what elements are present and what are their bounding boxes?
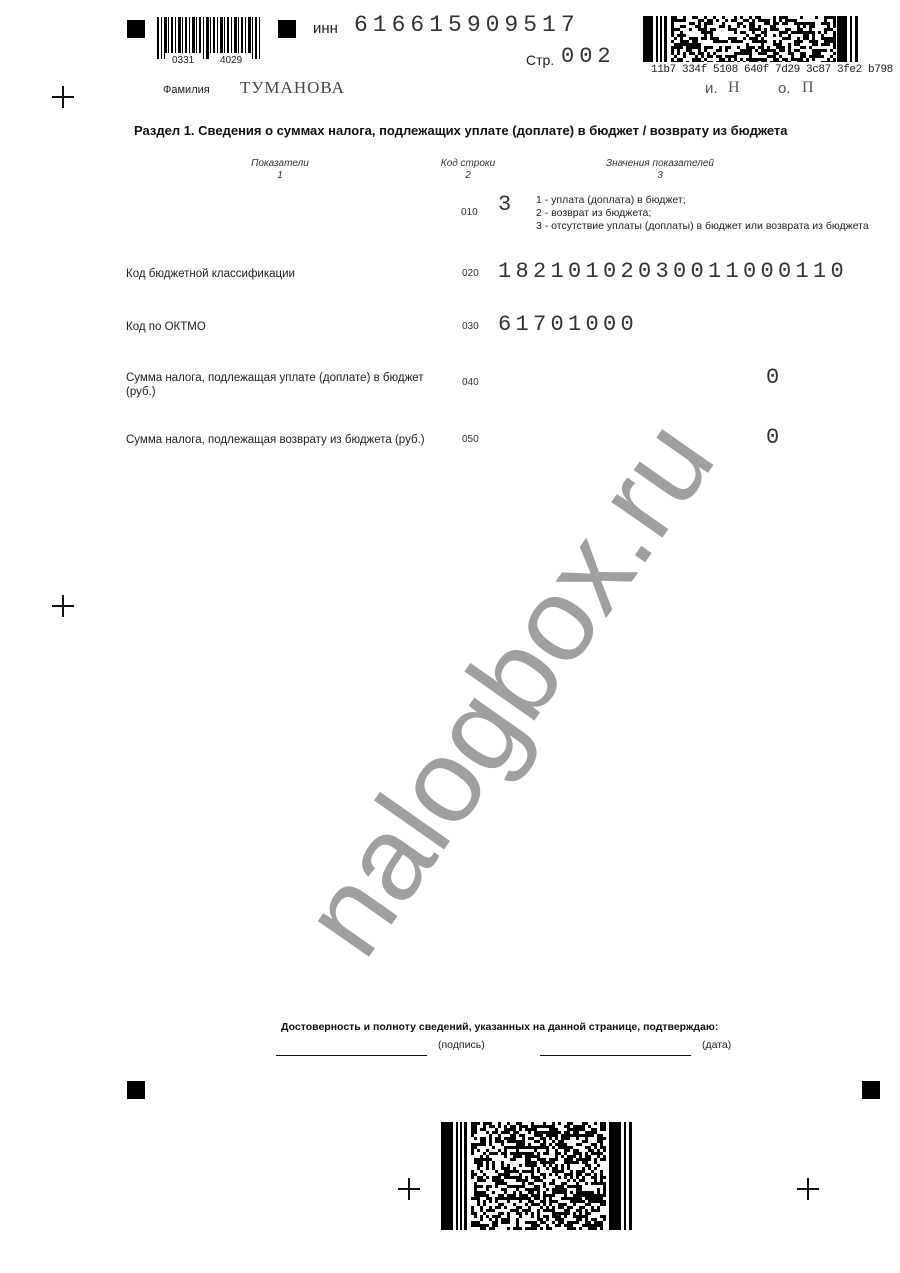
- line-code-030: 030: [462, 321, 479, 332]
- payment-type-option-2: 2 - возврат из бюджета;: [536, 207, 869, 220]
- kbk-value: 18210102030011000110: [498, 259, 848, 284]
- tax-payable-value: 0: [766, 365, 785, 390]
- tax-payable-label: Сумма налога, подлежащая уплате (доплате…: [126, 371, 446, 399]
- inn-value: 616615909517: [354, 12, 580, 38]
- watermark: nalogbox.ru: [276, 396, 741, 979]
- payment-type-options: 1 - уплата (доплата) в бюджет; 2 - возвр…: [536, 194, 869, 233]
- payment-type-value: 3: [498, 192, 517, 217]
- crosshair-mark-icon: [398, 1178, 420, 1200]
- date-line[interactable]: [540, 1055, 691, 1056]
- crosshair-mark-icon: [797, 1178, 819, 1200]
- tax-refund-value: 0: [766, 425, 785, 450]
- column-header-values: Значения показателей 3: [580, 158, 740, 182]
- registration-mark-square: [278, 20, 296, 38]
- column-header-line-code: Код строки 2: [418, 158, 518, 182]
- tax-refund-label: Сумма налога, подлежащая возврату из бюд…: [126, 433, 425, 447]
- section-title: Раздел 1. Сведения о суммах налога, подл…: [134, 123, 788, 138]
- confirmation-text: Достоверность и полноту сведений, указан…: [281, 1021, 718, 1033]
- line-code-050: 050: [462, 434, 479, 445]
- crosshair-mark-icon: [52, 595, 74, 617]
- registration-mark-square: [127, 1081, 145, 1099]
- page-value: 002: [561, 44, 616, 69]
- column-header-indicators: Показатели 1: [200, 158, 360, 182]
- payment-type-option-3: 3 - отсутствие уплаты (доплаты) в бюджет…: [536, 220, 869, 233]
- pdf417-barcode-top: [643, 16, 863, 62]
- form-barcode: [157, 17, 260, 59]
- registration-mark-square: [127, 20, 145, 38]
- initials-patronymic-value: П: [802, 79, 814, 97]
- surname-value: ТУМАНОВА: [240, 78, 345, 98]
- initials-name-value: Н: [728, 79, 740, 97]
- barcode-number-2: 4029: [220, 55, 242, 66]
- signature-line[interactable]: [276, 1055, 427, 1056]
- line-code-010: 010: [461, 207, 478, 218]
- kbk-label: Код бюджетной классификации: [126, 267, 295, 281]
- surname-label: Фамилия: [163, 84, 210, 96]
- initials-patronymic-label: о.: [778, 80, 791, 97]
- oktmo-label: Код по ОКТМО: [126, 320, 206, 334]
- oktmo-value: 61701000: [498, 312, 638, 337]
- inn-label: ИНН: [313, 20, 338, 37]
- initials-name-label: и.: [705, 80, 718, 97]
- barcode-number-1: 0331: [172, 55, 194, 66]
- line-code-040: 040: [462, 377, 479, 388]
- barcode-hash: 11b7 334f 5108 640f 7d29 3c87 3fe2 b798: [651, 64, 893, 76]
- line-code-020: 020: [462, 268, 479, 279]
- date-label: (дата): [702, 1039, 731, 1051]
- signature-label: (подпись): [438, 1039, 485, 1051]
- registration-mark-square: [862, 1081, 880, 1099]
- page-label: Стр.: [526, 52, 554, 68]
- pdf417-barcode-bottom: [441, 1122, 639, 1230]
- crosshair-mark-icon: [52, 86, 74, 108]
- payment-type-option-1: 1 - уплата (доплата) в бюджет;: [536, 194, 869, 207]
